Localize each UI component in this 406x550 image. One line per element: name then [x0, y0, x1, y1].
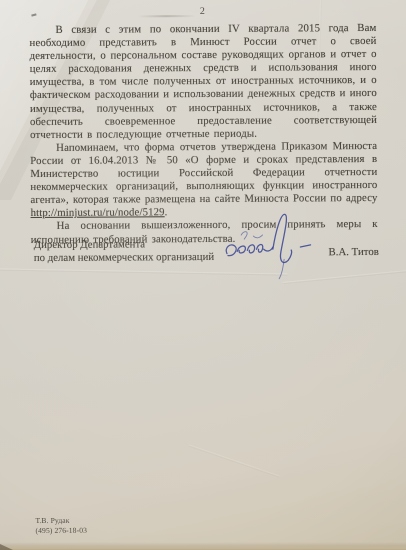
executor-footer: Т.В. Рудак (495) 276-18-03	[35, 516, 87, 536]
scanned-letter-photo: 2 В связи с этим по окончании IV квартал…	[0, 0, 406, 550]
minjust-url-link[interactable]: http://minjust.ru/ru/node/5129	[31, 207, 165, 220]
pencil-smudge	[137, 15, 195, 17]
paper-bottom-edge	[0, 542, 406, 550]
executor-phone: (495) 276-18-03	[35, 525, 87, 535]
signature-block: Директор Департамента по делам некоммерч…	[34, 237, 379, 266]
page-number: 2	[0, 5, 405, 18]
paragraph-report-form: Напоминаем, что форма отчетов утверждена…	[30, 140, 377, 221]
handwritten-signature-ink	[219, 205, 321, 284]
signer-name: В.А. Титов	[328, 246, 378, 260]
signer-position-line2: по делам некоммерческих организаций	[34, 250, 379, 265]
paragraph-report-form-period: .	[165, 207, 168, 219]
letter-body: В связи с этим по окончании IV квартала …	[29, 22, 377, 247]
paragraph-report-form-text: Напоминаем, что форма отчетов утверждена…	[30, 140, 377, 206]
executor-name: Т.В. Рудак	[35, 516, 87, 526]
paragraph-reporting-duty: В связи с этим по окончании IV квартала …	[29, 22, 377, 142]
letter-page: 2 В связи с этим по окончании IV квартал…	[0, 0, 406, 550]
